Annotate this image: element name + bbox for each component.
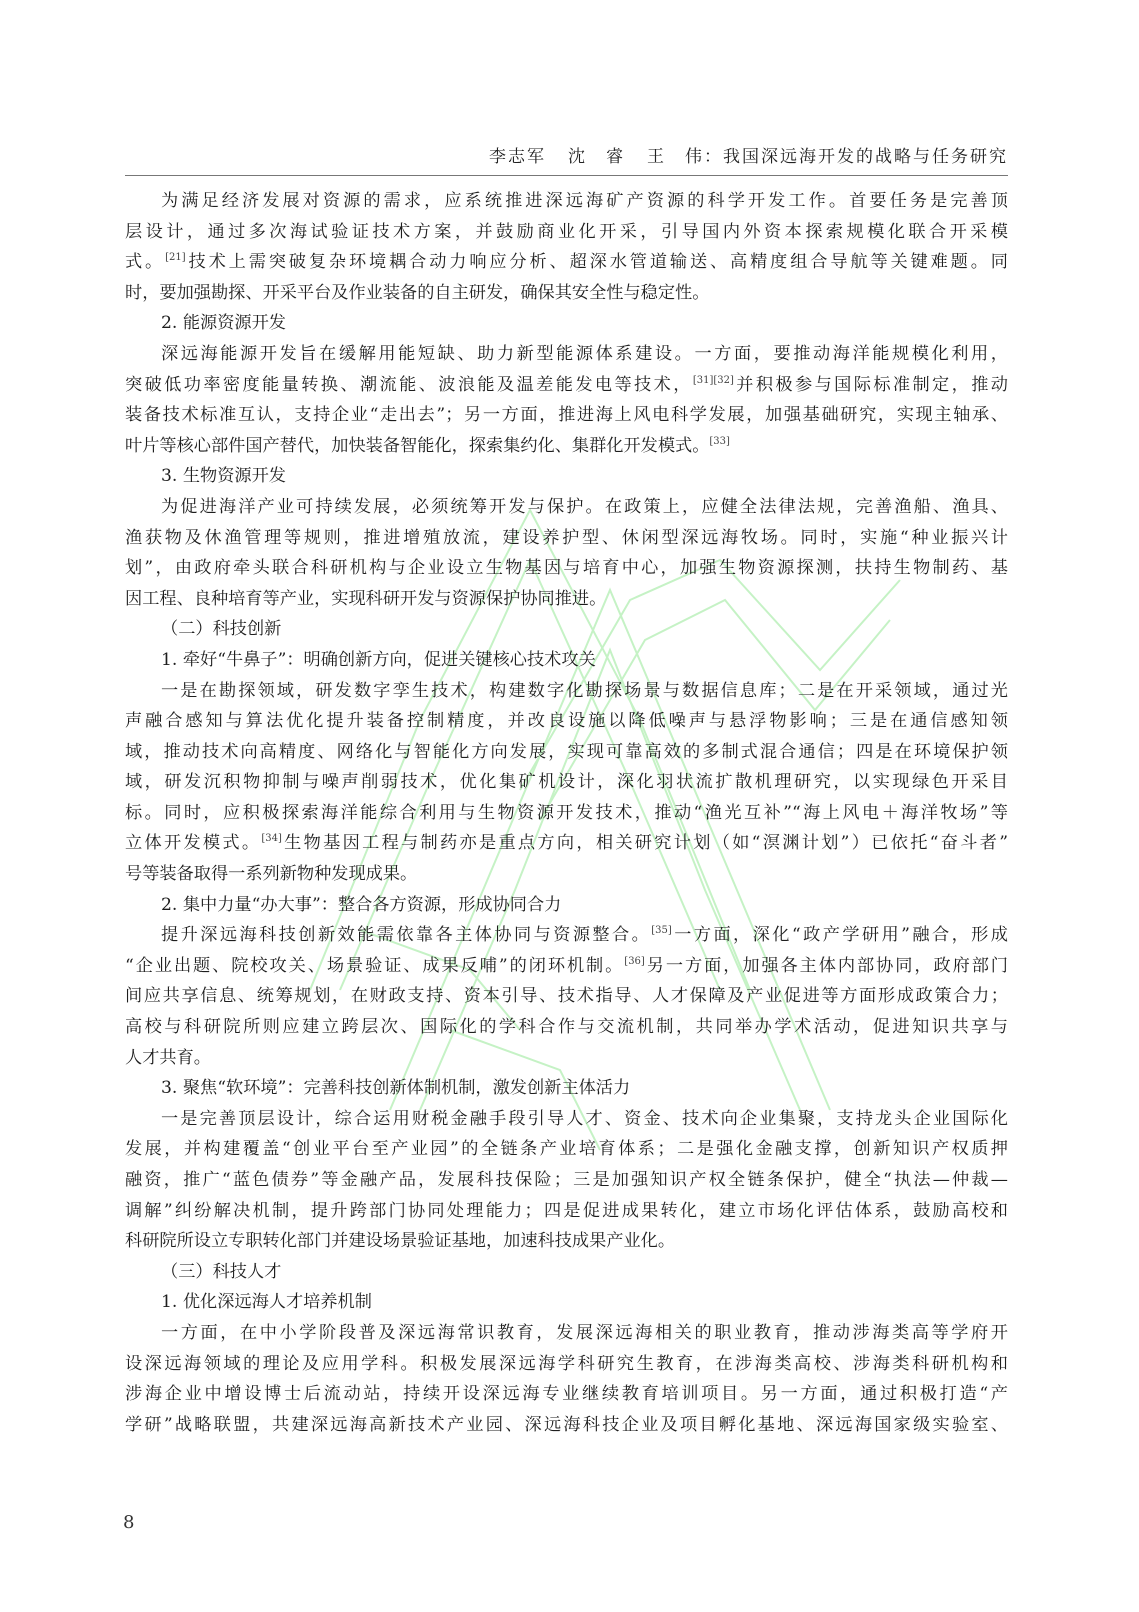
citation-ref[interactable]: [31][32] [693,375,734,386]
section-heading: 3. 生物资源开发 [125,461,1008,492]
text-line: 发展，并构建覆盖“创业平台至产业园”的全链条产业培育体系；二是强化金融支撑，创新… [125,1134,1008,1165]
running-head: 李志军沈 睿王 伟：我国深远海开发的战略与任务研究 [125,142,1008,167]
text-segment: 一方面，深化“政产学研用”融合，形成 [672,925,1008,945]
text-line: 一是在勘探领域，研发数字孪生技术，构建数字化勘探场景与数据信息库；二是在开采领域… [125,676,1008,707]
citation-ref[interactable]: [36] [624,956,645,967]
article-title: 我国深远海开发的战略与任务研究 [723,147,1008,167]
text-line: 标。同时，应积极探索海洋能综合利用与生物资源开发技术，推动“渔光互补”“海上风电… [125,798,1008,829]
text-line: 科研院所设立专职转化部门并建设场景验证基地，加速科技成果产业化。 [125,1226,1008,1257]
text-line: 提升深远海科技创新效能需依靠各主体协同与资源整合。[35]一方面，深化“政产学研… [125,920,1008,951]
text-line: 渔获物及休渔管理等规则，推进增殖放流，建设养护型、休闲型深远海牧场。同时，实施“… [125,523,1008,554]
text-line: 设深远海领域的理论及应用学科。积极发展深远海学科研究生教育，在涉海类高校、涉海类… [125,1349,1008,1380]
text-line: 学研”战略联盟，共建深远海高新技术产业园、深远海科技企业及项目孵化基地、深远海国… [125,1410,1008,1441]
text-line: 调解”纠纷解决机制，提升跨部门协同处理能力；四是促进成果转化，建立市场化评估体系… [125,1196,1008,1227]
text-line: 层设计，通过多次海试验证技术方案，并鼓励商业化开采，引导国内外资本探索规模化联合… [125,217,1008,248]
text-line: 人才共育。 [125,1043,1008,1074]
text-segment: 提升深远海科技创新效能需依靠各主体协同与资源整合。 [161,925,651,945]
text-segment: 生物基因工程与制药亦是重点方向，相关研究计划（如“溟渊计划”）已依托“奋斗者” [282,833,1008,853]
citation-ref[interactable]: [33] [709,436,730,447]
text-segment: 叶片等核心部件国产替代，加快装备智能化，探索集约化、集群化开发模式。 [125,436,709,456]
section-heading: （二）科技创新 [125,614,1008,645]
document-page: 李志军沈 睿王 伟：我国深远海开发的战略与任务研究 为满足经济发展对资源的需求，… [0,0,1139,1612]
text-line: 间应共享信息、统筹规划，在财政支持、资本引导、技术指导、人才保障及产业促进等方面… [125,981,1008,1012]
author-name: 李志军 [489,147,546,167]
section-heading: 2. 能源资源开发 [125,308,1008,339]
text-line: 一方面，在中小学阶段普及深远海常识教育，发展深远海相关的职业教育，推动涉海类高等… [125,1318,1008,1349]
text-line: 时，要加强勘探、开采平台及作业装备的自主研发，确保其安全性与稳定性。 [125,278,1008,309]
text-segment: 技术上需突破复杂环境耦合动力响应分析、超深水管道输送、高精度组合导航等关键难题。… [186,252,1008,272]
text-line: 叶片等核心部件国产替代，加快装备智能化，探索集约化、集群化开发模式。[33] [125,431,1008,462]
title-separator: ： [704,147,723,167]
section-heading: 2. 集中力量“办大事”：整合各方资源，形成协同合力 [125,890,1008,921]
text-line: 涉海企业中增设博士后流动站，持续开设深远海专业继续教育培训项目。另一方面，通过积… [125,1379,1008,1410]
text-line: 域，研发沉积物抑制与噪声削弱技术，优化集矿机设计，深化羽状流扩散机理研究，以实现… [125,767,1008,798]
text-line: 突破低功率密度能量转换、潮流能、波浪能及温差能发电等技术，[31][32]并积极… [125,370,1008,401]
section-heading: （三）科技人才 [125,1257,1008,1288]
text-line: 一是完善顶层设计，综合运用财税金融手段引导人才、资金、技术向企业集聚，支持龙头企… [125,1104,1008,1135]
section-heading: 3. 聚焦“软环境”：完善科技创新体制机制，激发创新主体活力 [125,1073,1008,1104]
header-rule [125,175,1008,176]
text-line: 域，推动技术向高精度、网络化与智能化方向发展，实现可靠高效的多制式混合通信；四是… [125,737,1008,768]
text-line: 声融合感知与算法优化提升装备控制精度，并改良设施以降低噪声与悬浮物影响；三是在通… [125,706,1008,737]
text-line: “企业出题、院校攻关、场景验证、成果反哺”的闭环机制。[36]另一方面，加强各主… [125,951,1008,982]
citation-ref[interactable]: [35] [651,925,672,936]
citation-ref[interactable]: [34] [261,833,282,844]
body-text: 为满足经济发展对资源的需求，应系统推进深远海矿产资源的科学开发工作。首要任务是完… [125,186,1008,1440]
text-line: 融资，推广“蓝色债券”等金融产品，发展科技保险；三是加强知识产权全链条保护，健全… [125,1165,1008,1196]
text-line: 因工程、良种培育等产业，实现科研开发与资源保护协同推进。 [125,584,1008,615]
section-heading: 1. 优化深远海人才培养机制 [125,1287,1008,1318]
text-segment: 突破低功率密度能量转换、潮流能、波浪能及温差能发电等技术， [125,375,693,395]
text-line: 为满足经济发展对资源的需求，应系统推进深远海矿产资源的科学开发工作。首要任务是完… [125,186,1008,217]
page-number: 8 [123,1512,134,1533]
text-line: 深远海能源开发旨在缓解用能短缺、助力新型能源体系建设。一方面，要推动海洋能规模化… [125,339,1008,370]
citation-ref[interactable]: [21] [165,252,186,263]
author-name: 王 伟 [647,147,704,167]
text-line: 高校与科研院所则应建立跨层次、国际化的学科合作与交流机制，共同举办学术活动，促进… [125,1012,1008,1043]
author-name: 沈 睿 [568,147,625,167]
text-line: 装备技术标准互认，支持企业“走出去”；另一方面，推进海上风电科学发展，加强基础研… [125,400,1008,431]
text-segment: 立体开发模式。 [125,833,261,853]
section-heading: 1. 牵好“牛鼻子”：明确创新方向，促进关键核心技术攻关 [125,645,1008,676]
text-line: 号等装备取得一系列新物种发现成果。 [125,859,1008,890]
text-segment: 并积极参与国际标准制定，推动 [734,375,1008,395]
text-segment: 另一方面，加强各主体内部协同，政府部门 [645,956,1008,976]
authors: 李志军沈 睿王 伟 [489,147,704,167]
text-line: 划”，由政府牵头联合科研机构与企业设立生物基因与培育中心，加强生物资源探测，扶持… [125,553,1008,584]
text-segment: 式。 [125,252,165,272]
text-line: 为促进海洋产业可持续发展，必须统筹开发与保护。在政策上，应健全法律法规，完善渔船… [125,492,1008,523]
text-line: 立体开发模式。[34]生物基因工程与制药亦是重点方向，相关研究计划（如“溟渊计划… [125,828,1008,859]
text-segment: “企业出题、院校攻关、场景验证、成果反哺”的闭环机制。 [125,956,624,976]
text-line: 式。[21]技术上需突破复杂环境耦合动力响应分析、超深水管道输送、高精度组合导航… [125,247,1008,278]
